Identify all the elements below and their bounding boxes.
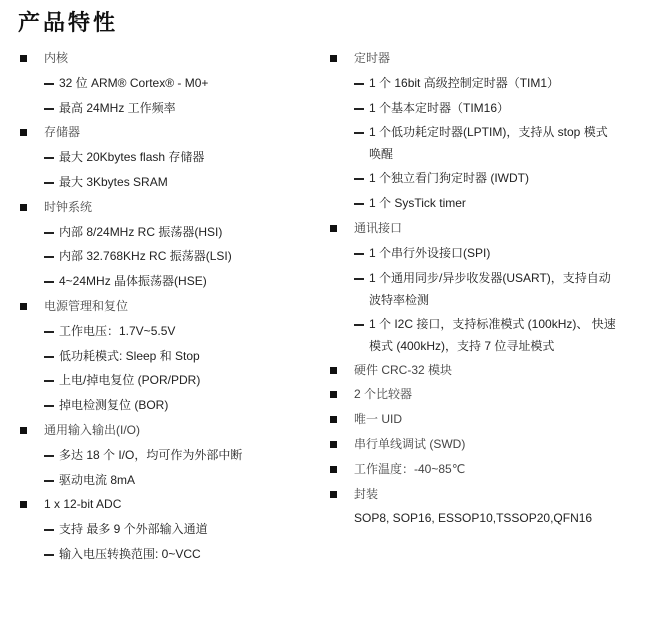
dash-bullet-icon [44,281,54,283]
features-left-column: 内核 32 位 ARM® Cortex® - M0+ 最高 24MHz 工作频率… [18,46,318,567]
feature-heading: 1 x 12-bit ADC [44,492,121,517]
feature-clock: 时钟系统 [18,195,318,220]
feature-heading: 串行单线调试 (SWD) [354,432,465,457]
subitem-text: 1 个低功耗定时器(LPTIM)，支持从 stop 模式唤醒 [369,121,619,165]
feature-subitem: 1 个串行外设接口(SPI) [328,241,648,266]
feature-adc: 1 x 12-bit ADC [18,492,318,517]
square-bullet-icon [330,55,337,62]
feature-subitem: 1 个 SysTick timer [328,191,648,216]
dash-bullet-icon [44,380,54,382]
dash-bullet-icon [44,157,54,159]
feature-subitem: 最大 3Kbytes SRAM [18,170,318,195]
feature-heading: 内核 [44,46,68,71]
feature-subitem: 1 个 I2C 接口，支持标准模式 (100kHz)、 快速模式 (400kHz… [328,312,648,358]
dash-bullet-icon [44,356,54,358]
square-bullet-icon [330,416,337,423]
dash-bullet-icon [354,132,364,134]
subitem-text: 支持 最多 9 个外部输入通道 [59,517,208,542]
subitem-text: 内部 8/24MHz RC 振荡器(HSI) [59,220,222,245]
dash-bullet-icon [44,529,54,531]
square-bullet-icon [330,491,337,498]
feature-gpio: 通用输入输出(I/O) [18,418,318,443]
subitem-text: 多达 18 个 I/O，均可作为外部中断 [59,443,242,468]
feature-timers: 定时器 [328,46,648,71]
dash-bullet-icon [44,331,54,333]
features-right-column: 定时器 1 个 16bit 高级控制定时器（TIM1） 1 个基本定时器（TIM… [328,46,648,531]
feature-subitem: 驱动电流 8mA [18,468,318,493]
feature-subitem: 上电/掉电复位 (POR/PDR) [18,368,318,393]
dash-bullet-icon [44,108,54,110]
square-bullet-icon [330,441,337,448]
subitem-text: 输入电压转换范围: 0~VCC [59,542,201,567]
dash-bullet-icon [354,108,364,110]
subitem-text: 1 个 I2C 接口，支持标准模式 (100kHz)、 快速模式 (400kHz… [369,313,619,357]
feature-comparators: 2 个比较器 [328,382,648,407]
subitem-text: 驱动电流 8mA [59,468,135,493]
subitem-text: 1 个串行外设接口(SPI) [369,241,490,266]
square-bullet-icon [20,204,27,211]
dash-bullet-icon [354,178,364,180]
feature-subitem: 多达 18 个 I/O，均可作为外部中断 [18,443,318,468]
square-bullet-icon [20,55,27,62]
subitem-text: 1 个 16bit 高级控制定时器（TIM1） [369,71,559,96]
feature-heading: 工作温度：-40~85℃ [354,457,465,482]
page-title: 产品特性 [18,6,118,37]
subitem-text: 掉电检测复位 (BOR) [59,393,168,418]
feature-core: 内核 [18,46,318,71]
feature-subitem: 最大 20Kbytes flash 存储器 [18,145,318,170]
feature-heading: 封装 [354,482,378,507]
subitem-text: 内部 32.768KHz RC 振荡器(LSI) [59,244,232,269]
feature-crc: 硬件 CRC-32 模块 [328,358,648,383]
subitem-text: 4~24MHz 晶体振荡器(HSE) [59,269,207,294]
feature-memory: 存储器 [18,120,318,145]
dash-bullet-icon [44,405,54,407]
feature-subitem: 最高 24MHz 工作频率 [18,96,318,121]
feature-uid: 唯一 UID [328,407,648,432]
feature-subitem: 低功耗模式: Sleep 和 Stop [18,344,318,369]
dash-bullet-icon [44,455,54,457]
feature-subitem: 支持 最多 9 个外部输入通道 [18,517,318,542]
subitem-text: 最大 20Kbytes flash 存储器 [59,145,204,170]
feature-subitem: 输入电压转换范围: 0~VCC [18,542,318,567]
feature-heading: 唯一 UID [354,407,402,432]
feature-subitem: 1 个低功耗定时器(LPTIM)，支持从 stop 模式唤醒 [328,120,648,166]
square-bullet-icon [20,427,27,434]
dash-bullet-icon [354,83,364,85]
package-values: SOP8, SOP16, ESSOP10,TSSOP20,QFN16 [354,506,592,531]
feature-subitem: 内部 8/24MHz RC 振荡器(HSI) [18,220,318,245]
square-bullet-icon [20,129,27,136]
feature-heading: 通用输入输出(I/O) [44,418,140,443]
subitem-text: 低功耗模式: Sleep 和 Stop [59,344,200,369]
dash-bullet-icon [354,253,364,255]
feature-heading: 2 个比较器 [354,382,412,407]
square-bullet-icon [20,303,27,310]
feature-temperature: 工作温度：-40~85℃ [328,457,648,482]
subitem-text: 上电/掉电复位 (POR/PDR) [59,368,200,393]
dash-bullet-icon [44,83,54,85]
subitem-text: 32 位 ARM® Cortex® - M0+ [59,71,208,96]
dash-bullet-icon [354,278,364,280]
subitem-text: 最高 24MHz 工作频率 [59,96,176,121]
feature-heading: 硬件 CRC-32 模块 [354,358,452,383]
feature-heading: 时钟系统 [44,195,92,220]
feature-comms: 通讯接口 [328,216,648,241]
square-bullet-icon [330,225,337,232]
feature-subitem: 工作电压：1.7V~5.5V [18,319,318,344]
feature-heading: 通讯接口 [354,216,402,241]
feature-subitem: 4~24MHz 晶体振荡器(HSE) [18,269,318,294]
dash-bullet-icon [44,256,54,258]
feature-package: 封装 [328,482,648,507]
square-bullet-icon [330,466,337,473]
feature-power: 电源管理和复位 [18,294,318,319]
dash-bullet-icon [354,203,364,205]
feature-swd: 串行单线调试 (SWD) [328,432,648,457]
package-list: SOP8, SOP16, ESSOP10,TSSOP20,QFN16 [328,506,648,531]
dash-bullet-icon [44,480,54,482]
dash-bullet-icon [44,554,54,556]
feature-heading: 存储器 [44,120,80,145]
dash-bullet-icon [44,182,54,184]
feature-heading: 电源管理和复位 [44,294,128,319]
subitem-text: 1 个基本定时器（TIM16） [369,96,509,121]
dash-bullet-icon [354,324,364,326]
square-bullet-icon [20,501,27,508]
feature-subitem: 1 个通用同步/异步收发器(USART)，支持自动波特率检测 [328,266,648,312]
subitem-text: 最大 3Kbytes SRAM [59,170,168,195]
subitem-text: 1 个独立看门狗定时器 (IWDT) [369,166,529,191]
subitem-text: 工作电压：1.7V~5.5V [59,319,175,344]
square-bullet-icon [330,367,337,374]
feature-subitem: 1 个独立看门狗定时器 (IWDT) [328,166,648,191]
dash-bullet-icon [44,232,54,234]
feature-heading: 定时器 [354,46,390,71]
feature-subitem: 1 个 16bit 高级控制定时器（TIM1） [328,71,648,96]
feature-subitem: 内部 32.768KHz RC 振荡器(LSI) [18,244,318,269]
subitem-text: 1 个 SysTick timer [369,191,466,216]
feature-subitem: 掉电检测复位 (BOR) [18,393,318,418]
feature-subitem: 1 个基本定时器（TIM16） [328,96,648,121]
subitem-text: 1 个通用同步/异步收发器(USART)，支持自动波特率检测 [369,267,619,311]
feature-subitem: 32 位 ARM® Cortex® - M0+ [18,71,318,96]
square-bullet-icon [330,391,337,398]
